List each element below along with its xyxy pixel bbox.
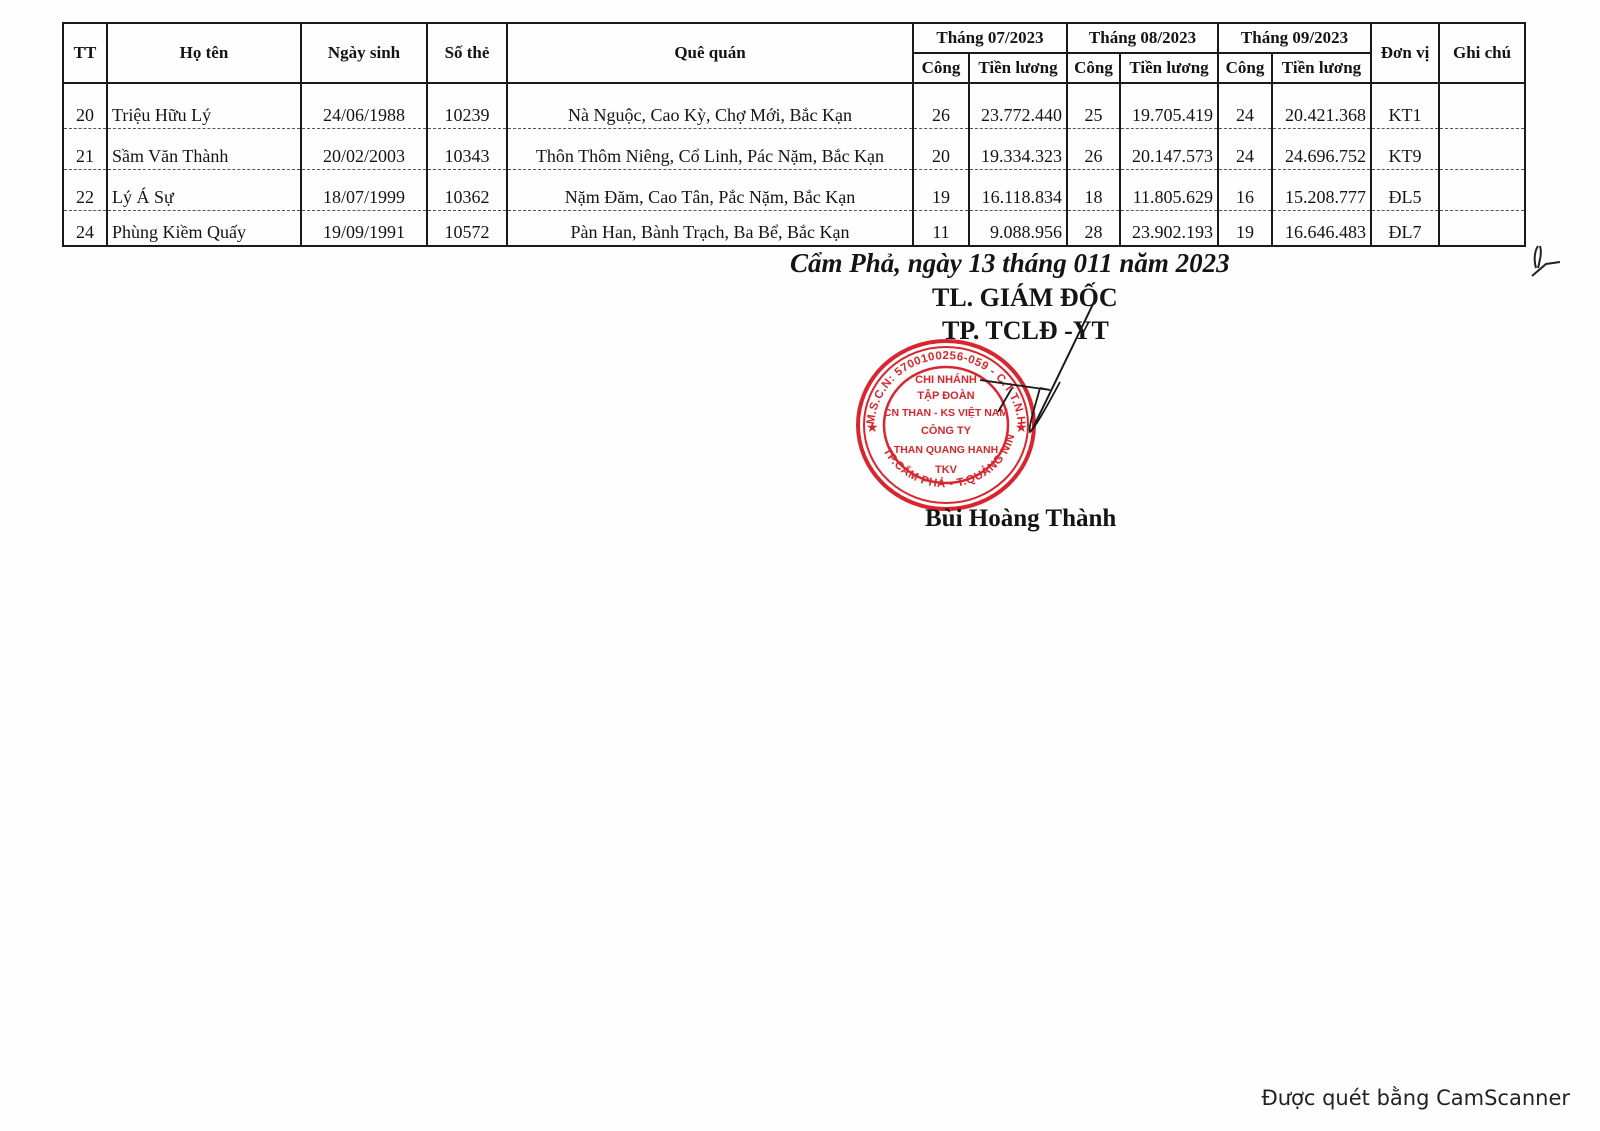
cell-tt: 22 (63, 170, 107, 211)
cell-so-the: 10343 (427, 129, 507, 170)
cell-ngay-sinh: 20/02/2003 (301, 129, 427, 170)
cell-so-the: 10239 (427, 83, 507, 129)
cell-luong-07: 19.334.323 (969, 129, 1067, 170)
cell-cong-07: 26 (913, 83, 969, 129)
handwritten-signature (950, 300, 1130, 450)
cell-cong-09: 24 (1218, 83, 1272, 129)
stamp-line: TKV (935, 464, 958, 476)
cell-luong-08: 11.805.629 (1120, 170, 1218, 211)
cell-tt: 20 (63, 83, 107, 129)
cell-tt: 21 (63, 129, 107, 170)
cell-cong-07: 19 (913, 170, 969, 211)
cell-luong-07: 16.118.834 (969, 170, 1067, 211)
cell-ho-ten: Sầm Văn Thành (107, 129, 301, 170)
header-tien-luong-08: Tiền lương (1120, 53, 1218, 83)
cell-ngay-sinh: 24/06/1988 (301, 83, 427, 129)
header-ghi-chu: Ghi chú (1439, 23, 1525, 83)
header-so-the: Số thẻ (427, 23, 507, 83)
payroll-table-wrapper: TT Họ tên Ngày sinh Số thẻ Quê quán Thán… (62, 22, 1576, 247)
header-ho-ten: Họ tên (107, 23, 301, 83)
cell-luong-08: 20.147.573 (1120, 129, 1218, 170)
header-month-07: Tháng 07/2023 (913, 23, 1067, 53)
cell-cong-08: 28 (1067, 211, 1120, 247)
cell-ho-ten: Triệu Hữu Lý (107, 83, 301, 129)
header-tien-luong-09: Tiền lương (1272, 53, 1371, 83)
payroll-table: TT Họ tên Ngày sinh Số thẻ Quê quán Thán… (62, 22, 1526, 247)
cell-tt: 24 (63, 211, 107, 247)
cell-luong-09: 24.696.752 (1272, 129, 1371, 170)
camscanner-watermark: Được quét bằng CamScanner (1261, 1086, 1570, 1110)
header-month-08: Tháng 08/2023 (1067, 23, 1218, 53)
cell-don-vi: ĐL5 (1371, 170, 1439, 211)
header-que-quan: Quê quán (507, 23, 913, 83)
stamp-star-left-icon: ★ (866, 419, 879, 435)
cell-ghi-chu (1439, 83, 1525, 129)
cell-so-the: 10572 (427, 211, 507, 247)
header-tien-luong-07: Tiền lương (969, 53, 1067, 83)
table-row: 20 Triệu Hữu Lý 24/06/1988 10239 Nà Nguộ… (63, 83, 1525, 129)
scanned-document-page: TT Họ tên Ngày sinh Số thẻ Quê quán Thán… (0, 0, 1600, 1131)
cell-don-vi: ĐL7 (1371, 211, 1439, 247)
cell-cong-07: 20 (913, 129, 969, 170)
cell-cong-09: 24 (1218, 129, 1272, 170)
cell-cong-08: 25 (1067, 83, 1120, 129)
cell-luong-09: 15.208.777 (1272, 170, 1371, 211)
cell-don-vi: KT1 (1371, 83, 1439, 129)
cell-ngay-sinh: 19/09/1991 (301, 211, 427, 247)
cell-luong-08: 23.902.193 (1120, 211, 1218, 247)
cell-ngay-sinh: 18/07/1999 (301, 170, 427, 211)
cell-cong-08: 18 (1067, 170, 1120, 211)
cell-luong-07: 9.088.956 (969, 211, 1067, 247)
cell-luong-09: 16.646.483 (1272, 211, 1371, 247)
cell-cong-09: 19 (1218, 211, 1272, 247)
cell-ho-ten: Lý Á Sự (107, 170, 301, 211)
cell-luong-07: 23.772.440 (969, 83, 1067, 129)
place-date-line: Cẩm Phả, ngày 13 tháng 011 năm 2023 (790, 248, 1230, 279)
cell-luong-08: 19.705.419 (1120, 83, 1218, 129)
cell-ghi-chu (1439, 211, 1525, 247)
table-row: 24 Phùng Kiềm Quấy 19/09/1991 10572 Pàn … (63, 211, 1525, 247)
table-row: 21 Sầm Văn Thành 20/02/2003 10343 Thôn T… (63, 129, 1525, 170)
cell-cong-09: 16 (1218, 170, 1272, 211)
header-month-09: Tháng 09/2023 (1218, 23, 1371, 53)
cell-luong-09: 20.421.368 (1272, 83, 1371, 129)
header-cong-07: Công (913, 53, 969, 83)
cell-ghi-chu (1439, 129, 1525, 170)
cell-que-quan: Thôn Thôm Niêng, Cổ Linh, Pác Nặm, Bắc K… (507, 129, 913, 170)
table-row: 22 Lý Á Sự 18/07/1999 10362 Nặm Đăm, Cao… (63, 170, 1525, 211)
cell-ho-ten: Phùng Kiềm Quấy (107, 211, 301, 247)
initial-mark-icon (1528, 242, 1568, 282)
cell-don-vi: KT9 (1371, 129, 1439, 170)
header-don-vi: Đơn vị (1371, 23, 1439, 83)
signer-name: Bùi Hoàng Thành (925, 505, 1116, 533)
header-cong-08: Công (1067, 53, 1120, 83)
cell-cong-08: 26 (1067, 129, 1120, 170)
table-body: 20 Triệu Hữu Lý 24/06/1988 10239 Nà Nguộ… (63, 83, 1525, 246)
cell-que-quan: Pàn Han, Bành Trạch, Ba Bể, Bắc Kạn (507, 211, 913, 247)
cell-cong-07: 11 (913, 211, 969, 247)
header-cong-09: Công (1218, 53, 1272, 83)
cell-que-quan: Nà Nguộc, Cao Kỳ, Chợ Mới, Bắc Kạn (507, 83, 913, 129)
table-header: TT Họ tên Ngày sinh Số thẻ Quê quán Thán… (63, 23, 1525, 83)
cell-que-quan: Nặm Đăm, Cao Tân, Pắc Nặm, Bắc Kạn (507, 170, 913, 211)
cell-so-the: 10362 (427, 170, 507, 211)
cell-ghi-chu (1439, 170, 1525, 211)
header-tt: TT (63, 23, 107, 83)
header-ngay-sinh: Ngày sinh (301, 23, 427, 83)
